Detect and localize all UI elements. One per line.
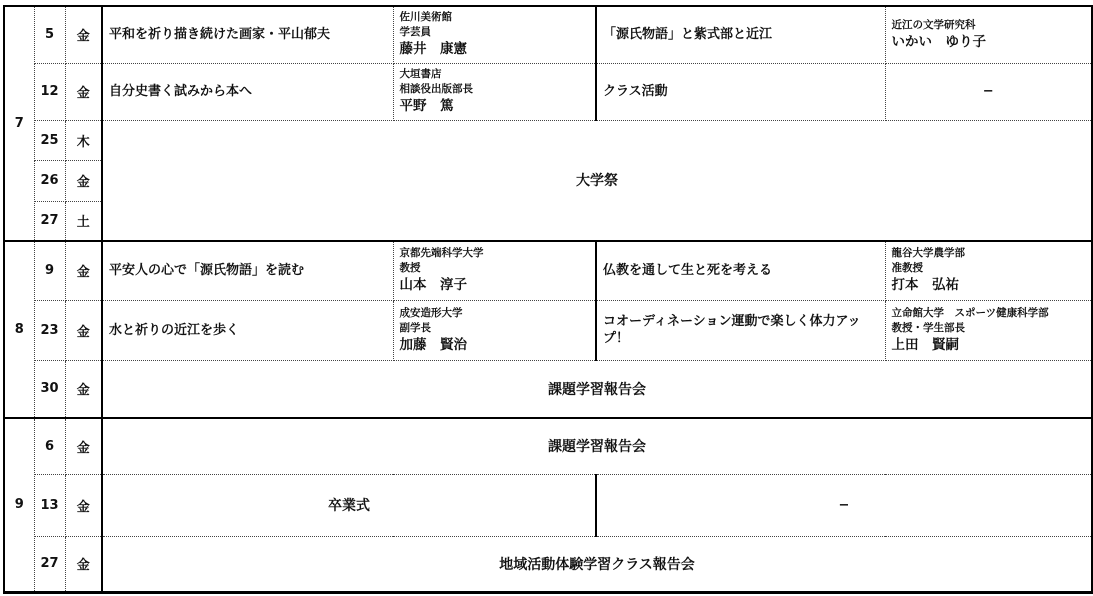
lecture2-title: コオーディネーション運動で楽しく体力アップ！: [596, 300, 885, 360]
day-cell: 30: [34, 360, 65, 418]
lecture1-title: 水と祈りの近江を歩く: [102, 300, 393, 360]
weekday-cell: 金: [65, 300, 102, 360]
weekday-cell: 金: [65, 360, 102, 418]
lecturer1-info: 佐川美術館 学芸員 藤井 康憲: [393, 6, 596, 63]
lecturer1-affiliation: 大垣書店: [400, 67, 594, 82]
month-cell-7: 7: [4, 6, 34, 241]
weekday-cell: 金: [65, 474, 102, 536]
lecturer1-info: 大垣書店 相談役出版部長 平野 篤: [393, 63, 596, 120]
lecturer1-position: 教授: [400, 261, 594, 276]
weekday-cell: 金: [65, 63, 102, 120]
lecturer2-info: 龍谷大学農学部 准教授 打本 弘祐: [885, 241, 1092, 300]
day-cell: 23: [34, 300, 65, 360]
day-cell: 6: [34, 418, 65, 474]
day-cell: 5: [34, 6, 65, 63]
lecturer1-position: 副学長: [400, 321, 594, 336]
month-cell-9: 9: [4, 418, 34, 592]
lecturer1-name: 藤井 康憲: [400, 40, 594, 59]
lecturer2-info: 立命館大学 スポーツ健康科学部 教授・学生部長 上田 賢嗣: [885, 300, 1092, 360]
lecturer2-affiliation: 立命館大学 スポーツ健康科学部: [892, 306, 1090, 321]
event-cell-graduation-ceremony: 卒業式: [102, 474, 596, 536]
weekday-cell: 金: [65, 536, 102, 592]
lecturer1-info: 成安造形大学 副学長 加藤 賢治: [393, 300, 596, 360]
lecturer1-position: 学芸員: [400, 25, 594, 40]
lecturer1-name: 山本 淳子: [400, 276, 594, 295]
lecturer2-position: 准教授: [892, 261, 1090, 276]
day-cell: 9: [34, 241, 65, 300]
schedule-table: 7 5 金 平和を祈り描き続けた画家・平山郁夫 佐川美術館 学芸員 藤井 康憲 …: [3, 5, 1093, 594]
lecturer2-name: 上田 賢嗣: [892, 336, 1090, 355]
lecturer1-name: 平野 篤: [400, 97, 594, 116]
lecturer1-affiliation: 成安造形大学: [400, 306, 594, 321]
lecture2-title: 「源氏物語」と紫式部と近江: [596, 6, 885, 63]
day-cell: 12: [34, 63, 65, 120]
lecture2-title: クラス活動: [596, 63, 885, 120]
weekday-cell: 土: [65, 201, 102, 241]
event-cell-university-festival: 大学祭: [102, 120, 1092, 241]
lecturer2-affiliation: 龍谷大学農学部: [892, 246, 1090, 261]
no-lecture-dash: −: [596, 474, 1092, 536]
day-cell: 26: [34, 160, 65, 201]
event-cell-report-session: 課題学習報告会: [102, 360, 1092, 418]
event-cell-report-session: 課題学習報告会: [102, 418, 1092, 474]
event-cell-community-class-report: 地域活動体験学習クラス報告会: [102, 536, 1092, 592]
day-cell: 25: [34, 120, 65, 160]
lecturer2-name: いかい ゆり子: [892, 33, 1090, 52]
schedule-page: 7 5 金 平和を祈り描き続けた画家・平山郁夫 佐川美術館 学芸員 藤井 康憲 …: [0, 0, 1093, 596]
weekday-cell: 木: [65, 120, 102, 160]
month-cell-8: 8: [4, 241, 34, 418]
lecturer2-affiliation: 近江の文学研究科: [892, 18, 1090, 33]
lecture1-title: 平和を祈り描き続けた画家・平山郁夫: [102, 6, 393, 63]
lecturer1-affiliation: 佐川美術館: [400, 10, 594, 25]
lecture1-title: 自分史書く試みから本へ: [102, 63, 393, 120]
no-lecturer-dash: −: [885, 63, 1092, 120]
lecture2-title: 仏教を通して生と死を考える: [596, 241, 885, 300]
lecturer1-affiliation: 京都先端科学大学: [400, 246, 594, 261]
weekday-cell: 金: [65, 241, 102, 300]
lecturer2-name: 打本 弘祐: [892, 276, 1090, 295]
day-cell: 27: [34, 201, 65, 241]
lecturer2-info: 近江の文学研究科 いかい ゆり子: [885, 6, 1092, 63]
weekday-cell: 金: [65, 6, 102, 63]
lecturer1-info: 京都先端科学大学 教授 山本 淳子: [393, 241, 596, 300]
weekday-cell: 金: [65, 160, 102, 201]
lecturer1-name: 加藤 賢治: [400, 336, 594, 355]
day-cell: 13: [34, 474, 65, 536]
day-cell: 27: [34, 536, 65, 592]
weekday-cell: 金: [65, 418, 102, 474]
lecturer1-position: 相談役出版部長: [400, 82, 594, 97]
lecturer2-position: 教授・学生部長: [892, 321, 1090, 336]
lecture1-title: 平安人の心で「源氏物語」を読む: [102, 241, 393, 300]
